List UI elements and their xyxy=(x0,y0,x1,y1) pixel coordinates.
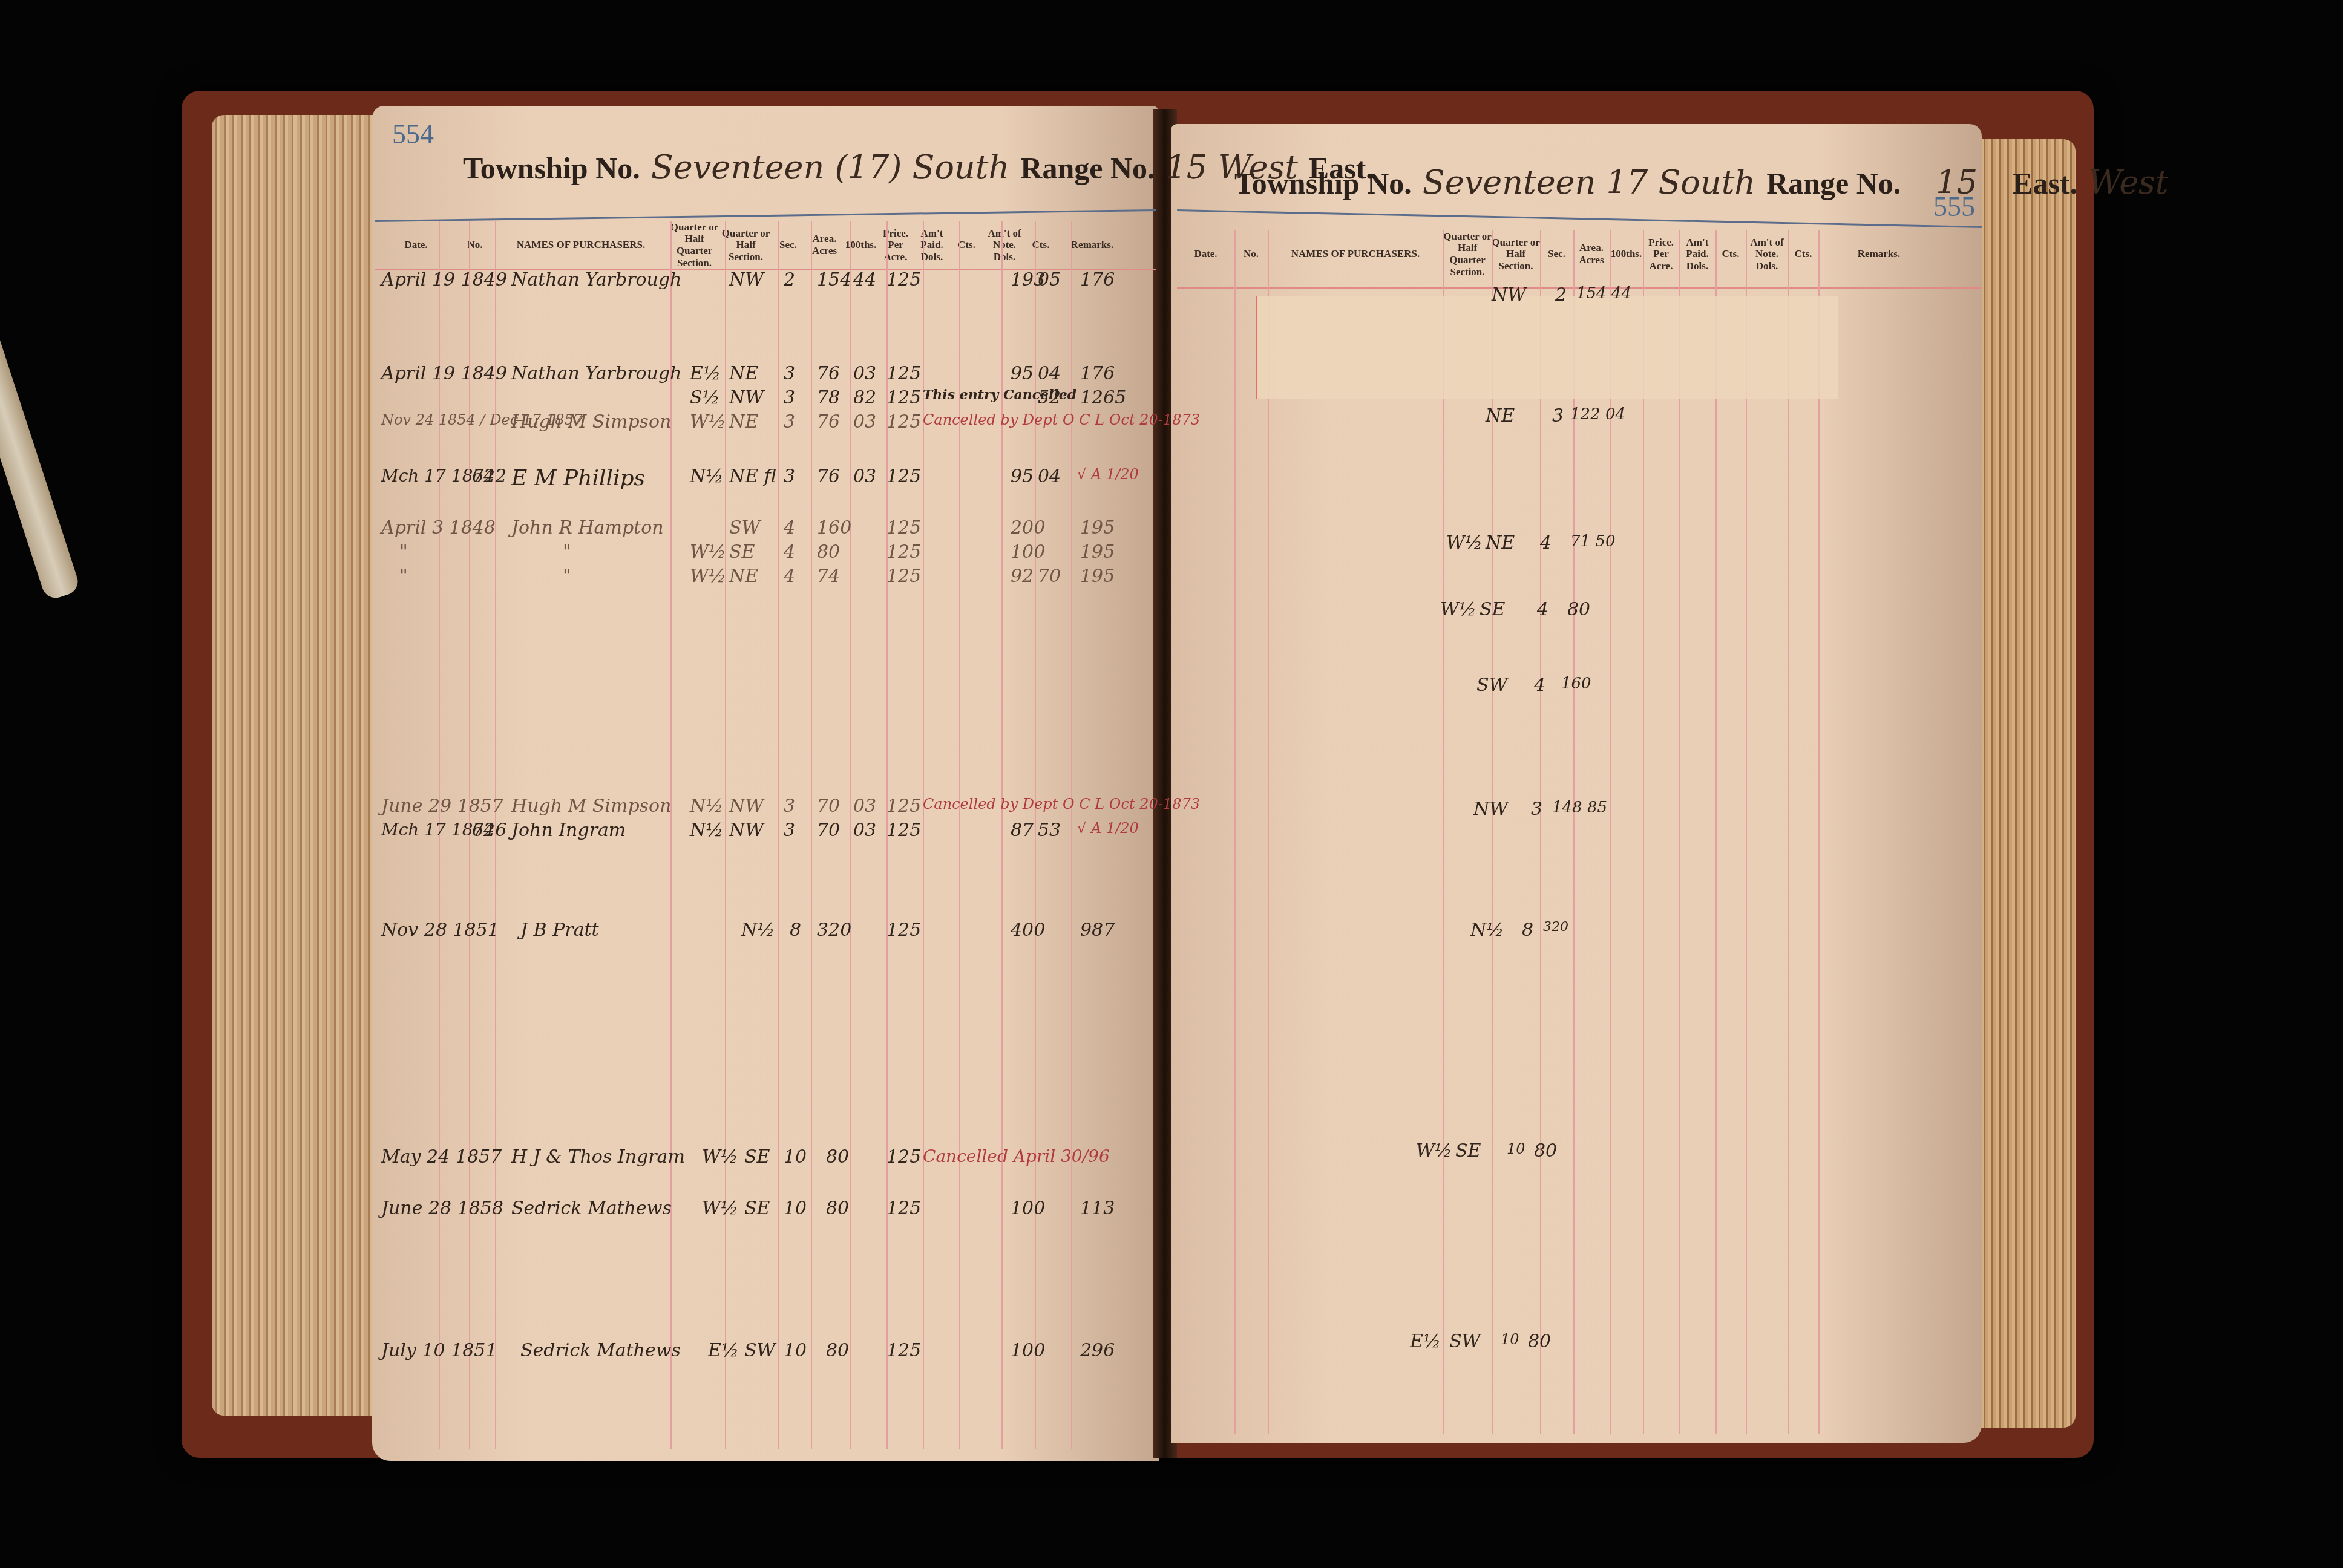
direction-value: West xyxy=(2088,163,2168,201)
entry-name: Nathan Yarbrough xyxy=(511,269,681,290)
entry-acres: 76 xyxy=(817,411,840,433)
col-names: NAMES OF PURCHASERS. xyxy=(493,224,669,266)
col-no: No. xyxy=(1234,230,1268,278)
entry-area: 80 xyxy=(1534,1140,1557,1161)
township-label: Township No. xyxy=(463,151,640,186)
entry-name: J B Pratt xyxy=(520,920,599,941)
range-label: Range No. xyxy=(1020,151,1155,186)
col-remarks: Remarks. xyxy=(1818,230,1939,278)
entry-date: " xyxy=(399,541,408,563)
entry-note-dols: 95 xyxy=(1011,466,1034,487)
entry-name: " xyxy=(563,541,571,563)
entry-name: H J & Thos Ingram xyxy=(511,1146,685,1168)
page-edges-left xyxy=(212,115,381,1416)
direction-label: East. xyxy=(2013,166,2077,201)
entry-remark: 176 xyxy=(1080,269,1115,290)
entry-acres: 320 xyxy=(817,920,851,941)
entry-area: 148 85 xyxy=(1552,799,1607,817)
entry-name: Hugh M Simpson xyxy=(511,411,671,433)
entry-sec: 3 xyxy=(784,795,795,817)
rule xyxy=(811,221,812,1449)
entry-name: Sedrick Mathews xyxy=(520,1340,681,1361)
entry-name: Nathan Yarbrough xyxy=(511,363,681,384)
col-quarter: Quarter or Half Quarter Section. xyxy=(1443,230,1492,278)
entry-half-section: NE xyxy=(1486,405,1515,426)
rule xyxy=(850,221,851,1449)
entry-no: 622 xyxy=(472,466,506,487)
entry-date: April 19 1849 xyxy=(381,363,507,384)
range-value: 15 xyxy=(1936,163,1978,201)
rule xyxy=(1788,230,1789,1434)
rule xyxy=(725,221,726,1449)
entry-remark-cancelled: Cancelled April 30/96 xyxy=(923,1146,1110,1166)
col-quarter: Quarter or Half Quarter Section. xyxy=(669,224,720,266)
col-note-dols: Am't of Note. Dols. xyxy=(983,224,1026,266)
col-acres: Area. Acres xyxy=(1573,230,1610,278)
entry-price: 125 xyxy=(886,517,921,538)
entry-half-section: NE xyxy=(1486,532,1515,554)
rule xyxy=(1643,230,1644,1434)
entry-acres: 80 xyxy=(826,1146,849,1168)
entry-date: April 19 1849 xyxy=(381,269,507,290)
entry-area: 154 44 xyxy=(1576,284,1631,302)
entry-half-section: NW xyxy=(1492,284,1526,305)
entry-name: E M Phillips xyxy=(511,466,645,491)
entry-sec: 4 xyxy=(1537,599,1548,620)
entry-sec: 4 xyxy=(784,566,795,587)
entry-quarter: E½ xyxy=(708,1340,739,1361)
entry-date: June 29 1857 xyxy=(381,795,503,817)
entry-sec: 10 xyxy=(784,1198,807,1219)
entry-extra: 1265 xyxy=(1080,387,1126,408)
entry-acres: 70 xyxy=(817,795,840,817)
col-date: Date. xyxy=(375,224,457,266)
rule xyxy=(1679,230,1680,1434)
entry-sec: 2 xyxy=(1555,284,1567,305)
entry-note-cts: 05 xyxy=(1038,269,1061,290)
col-half: Quarter or Half Section. xyxy=(720,224,772,266)
entry-half-section: N½ xyxy=(1470,920,1504,941)
entry-name: John Ingram xyxy=(511,820,626,841)
rule xyxy=(1540,230,1541,1434)
entry-area: 80 xyxy=(1567,599,1590,620)
entry-hundredths: 03 xyxy=(853,820,876,841)
entry-quarter: W½ xyxy=(690,541,726,563)
right-column-headers: Date. No. NAMES OF PURCHASERS. Quarter o… xyxy=(1177,230,1939,278)
entry-acres: 70 xyxy=(817,820,840,841)
entry-hundredths: 44 xyxy=(853,269,876,290)
entry-half-section: SW xyxy=(1476,675,1507,696)
col-date: Date. xyxy=(1177,230,1234,278)
entry-note-dols: 95 xyxy=(1011,363,1034,384)
rule xyxy=(923,221,924,1449)
entry-note-cts: 52 xyxy=(1038,387,1061,408)
entry-note-dols: 100 xyxy=(1011,1340,1045,1361)
entry-no: 626 xyxy=(472,820,506,841)
entry-sec: 10 xyxy=(1501,1331,1519,1348)
entry-price: 125 xyxy=(886,566,921,587)
entry-price: 125 xyxy=(886,269,921,290)
col-paid-cts: Cts. xyxy=(950,224,983,266)
entry-price: 125 xyxy=(886,363,921,384)
rule xyxy=(1268,230,1269,1434)
entry-price: 125 xyxy=(886,920,921,941)
entry-price: 125 xyxy=(886,1146,921,1168)
col-note-dols: Am't of Note. Dols. xyxy=(1746,230,1788,278)
entry-remark: √ A 1/20 xyxy=(1077,466,1139,483)
entry-hundredths: 03 xyxy=(853,795,876,817)
entry-acres: 74 xyxy=(817,566,840,587)
entry-quarter: W½ xyxy=(1446,532,1483,554)
entry-date: April 3 1848 xyxy=(381,517,496,538)
entry-half-section: N½ xyxy=(741,920,775,941)
bone-folder-tool xyxy=(0,234,81,601)
entry-name: Hugh M Simpson xyxy=(511,795,671,817)
entry-area: 122 04 xyxy=(1570,405,1625,423)
entry-remark: 176 xyxy=(1080,363,1115,384)
rule xyxy=(1818,230,1820,1434)
rule xyxy=(1715,230,1717,1434)
entry-quarter: N½ xyxy=(690,466,723,487)
entry-note-dols: 92 xyxy=(1011,566,1034,587)
entry-hundredths: 03 xyxy=(853,466,876,487)
entry-sec: 2 xyxy=(784,269,795,290)
entry-price: 125 xyxy=(886,1340,921,1361)
entry-half-section: NE xyxy=(729,411,758,433)
entry-quarter: N½ xyxy=(690,820,723,841)
rule xyxy=(1746,230,1747,1434)
entry-quarter: W½ xyxy=(1416,1140,1452,1161)
entry-acres: 80 xyxy=(826,1198,849,1219)
left-page-number: 554 xyxy=(392,118,434,150)
entry-date: " xyxy=(399,566,408,587)
entry-quarter: N½ xyxy=(690,795,723,817)
entry-acres: 80 xyxy=(817,541,840,563)
entry-sec: 8 xyxy=(1522,920,1533,941)
entry-hundredths: 03 xyxy=(853,363,876,384)
col-half: Quarter or Half Section. xyxy=(1492,230,1540,278)
entry-area: 71 50 xyxy=(1570,532,1615,550)
col-paid-cts: Cts. xyxy=(1715,230,1746,278)
range-label: Range No. xyxy=(1766,166,1901,201)
page-edges-right xyxy=(1973,139,2076,1428)
entry-acres: 76 xyxy=(817,363,840,384)
entry-price: 125 xyxy=(886,411,921,433)
rule xyxy=(1035,221,1036,1449)
entry-sec: 8 xyxy=(790,920,801,941)
entry-note-cts: 04 xyxy=(1038,363,1061,384)
entry-acres: 160 xyxy=(817,517,851,538)
rule xyxy=(1234,230,1236,1434)
entry-note-cts: 70 xyxy=(1038,566,1061,587)
entry-sec: 4 xyxy=(784,541,795,563)
entry-sec: 3 xyxy=(784,411,795,433)
col-price: Price. Per Acre. xyxy=(1643,230,1679,278)
entry-remark-cancelled: Cancelled by Dept O C L Oct 20-1873 xyxy=(923,411,1200,428)
left-column-headers: Date. No. NAMES OF PURCHASERS. Quarter o… xyxy=(375,224,1129,266)
township-value: Seventeen (17) South xyxy=(651,148,1010,186)
entry-half-section: SE xyxy=(744,1146,770,1168)
entry-sec: 10 xyxy=(1507,1140,1525,1157)
entry-quarter: E½ xyxy=(690,363,721,384)
entry-sec: 4 xyxy=(1534,675,1545,696)
entry-price: 125 xyxy=(886,387,921,408)
entry-quarter: S½ xyxy=(690,387,720,408)
entry-hundredths: 03 xyxy=(853,411,876,433)
entry-sec: 3 xyxy=(784,466,795,487)
entry-area: 80 xyxy=(1528,1331,1551,1352)
col-note-cts: Cts. xyxy=(1026,224,1056,266)
entry-price: 125 xyxy=(886,466,921,487)
entry-remark: √ A 1/20 xyxy=(1077,820,1139,837)
col-price: Price. Per Acre. xyxy=(877,224,914,266)
entry-acres: 76 xyxy=(817,466,840,487)
rule xyxy=(778,221,779,1449)
entry-sec: 3 xyxy=(1552,405,1564,426)
entry-sec: 3 xyxy=(1531,799,1542,820)
entry-half-section: SE xyxy=(744,1198,770,1219)
entry-half-section: SW xyxy=(1449,1331,1480,1352)
entry-quarter: W½ xyxy=(702,1198,738,1219)
entry-sec: 3 xyxy=(784,820,795,841)
col-hundredths: 100ths. xyxy=(1610,230,1643,278)
entry-quarter: W½ xyxy=(1440,599,1476,620)
entry-half-section: NE xyxy=(729,566,758,587)
township-label: Township No. xyxy=(1234,166,1412,201)
rule xyxy=(1443,230,1444,1434)
entry-sec: 3 xyxy=(784,363,795,384)
entry-quarter: E½ xyxy=(1410,1331,1441,1352)
entry-date: May 24 1857 xyxy=(381,1146,502,1168)
col-no: No. xyxy=(457,224,493,266)
entry-half-section: SW xyxy=(729,517,760,538)
entry-name: Sedrick Mathews xyxy=(511,1198,672,1219)
entry-acres: 154 xyxy=(817,269,851,290)
entry-note-dols: 100 xyxy=(1011,1198,1045,1219)
entry-half-section: NW xyxy=(729,269,764,290)
rule xyxy=(670,221,672,1449)
entry-price: 125 xyxy=(886,541,921,563)
entry-remark: 987 xyxy=(1080,920,1115,941)
left-page xyxy=(372,106,1159,1461)
entry-price: 125 xyxy=(886,795,921,817)
entry-remark: 195 xyxy=(1080,517,1115,538)
entry-half-section: NE fl xyxy=(729,466,776,487)
col-remarks: Remarks. xyxy=(1056,224,1129,266)
entry-sec: 3 xyxy=(784,387,795,408)
col-paid-dols: Am't Paid. Dols. xyxy=(1679,230,1715,278)
entry-note-dols: 200 xyxy=(1011,517,1045,538)
entry-area: 160 xyxy=(1561,675,1591,693)
entry-note-dols: 400 xyxy=(1011,920,1045,941)
entry-acres: 78 xyxy=(817,387,840,408)
entry-quarter: W½ xyxy=(690,411,726,433)
entry-sec: 4 xyxy=(1540,532,1552,554)
entry-sec: 10 xyxy=(784,1146,807,1168)
entry-half-section: NW xyxy=(729,795,764,817)
entry-half-section: NW xyxy=(1473,799,1508,820)
entry-remark: 195 xyxy=(1080,566,1115,587)
col-hundredths: 100ths. xyxy=(844,224,877,266)
col-note-cts: Cts. xyxy=(1788,230,1818,278)
entry-date: July 10 1851 xyxy=(381,1340,497,1361)
entry-hundredths: 82 xyxy=(853,387,876,408)
entry-note-cts: 04 xyxy=(1038,466,1061,487)
entry-sec: 10 xyxy=(784,1340,807,1361)
entry-area: 320 xyxy=(1543,920,1568,935)
pasted-paper-slip xyxy=(1256,296,1838,399)
rule xyxy=(1071,221,1072,1449)
entry-note-dols: 87 xyxy=(1011,820,1034,841)
col-names: NAMES OF PURCHASERS. xyxy=(1268,230,1443,278)
entry-name: John R Hampton xyxy=(511,517,664,538)
entry-half-section: SE xyxy=(1455,1140,1481,1161)
entry-remark: 195 xyxy=(1080,541,1115,563)
entry-quarter: W½ xyxy=(690,566,726,587)
rule xyxy=(1001,221,1003,1449)
entry-half-section: SE xyxy=(729,541,755,563)
entry-quarter: W½ xyxy=(702,1146,738,1168)
entry-half-section: NE xyxy=(729,363,758,384)
entry-remark: 296 xyxy=(1080,1340,1115,1361)
entry-half-section: NW xyxy=(729,387,764,408)
entry-remark-cancelled: Cancelled by Dept O C L Oct 20-1873 xyxy=(923,795,1200,812)
entry-price: 125 xyxy=(886,1198,921,1219)
right-page-title: Township No. Seventeen 17 South Range No… xyxy=(1234,163,2169,201)
entry-date: Nov 28 1851 xyxy=(381,920,499,941)
entry-name: " xyxy=(563,566,571,587)
entry-note-dols: 100 xyxy=(1011,541,1045,563)
entry-half-section: SW xyxy=(744,1340,775,1361)
rule xyxy=(959,221,960,1449)
entry-note-cts: 53 xyxy=(1038,820,1061,841)
col-sec: Sec. xyxy=(1540,230,1573,278)
entry-remark: 113 xyxy=(1080,1198,1115,1219)
entry-half-section: SE xyxy=(1480,599,1505,620)
entry-acres: 80 xyxy=(826,1340,849,1361)
entry-half-section: NW xyxy=(729,820,764,841)
township-value: Seventeen 17 South xyxy=(1423,163,1755,201)
col-sec: Sec. xyxy=(772,224,805,266)
entry-date: June 28 1858 xyxy=(381,1198,503,1219)
entry-price: 125 xyxy=(886,820,921,841)
col-paid-dols: Am't Paid. Dols. xyxy=(914,224,950,266)
entry-sec: 4 xyxy=(784,517,795,538)
